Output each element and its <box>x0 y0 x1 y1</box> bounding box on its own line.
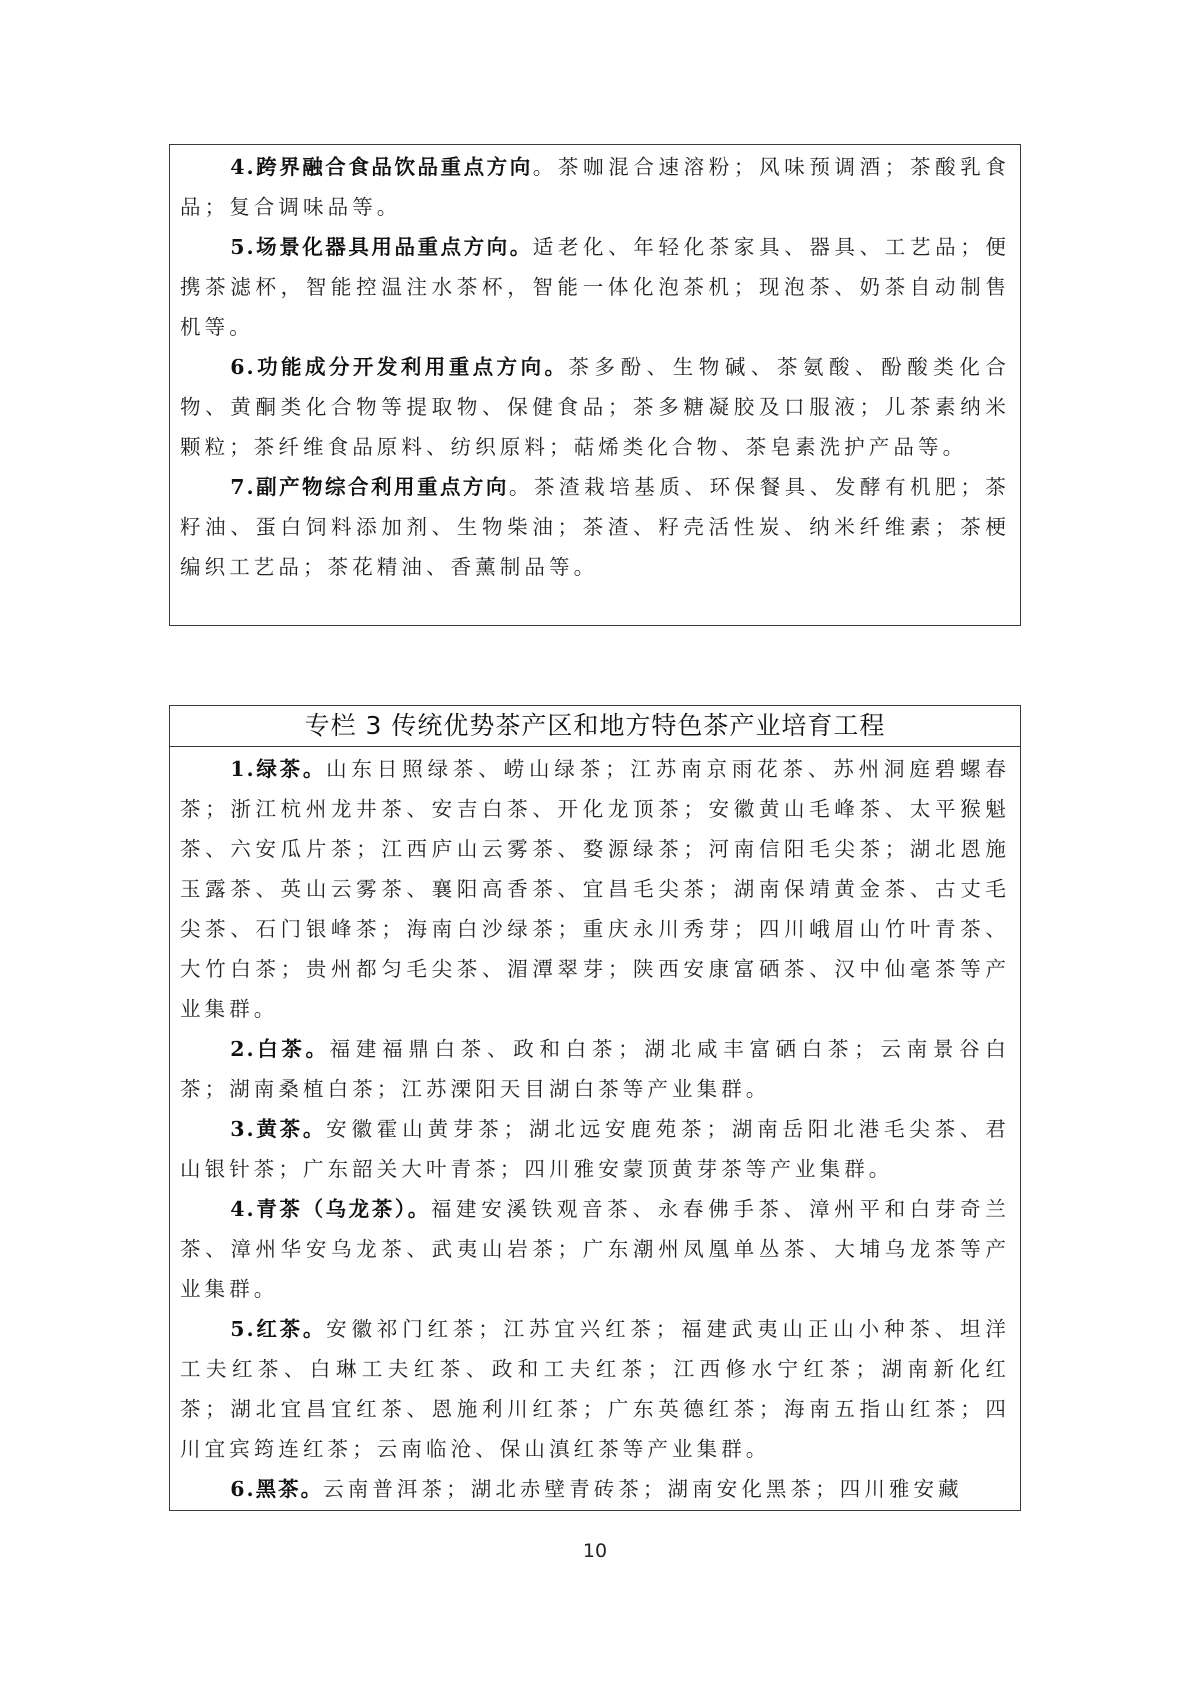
page-number: 10 <box>0 1540 1190 1562</box>
paragraph-white-tea: 2.白茶。福建福鼎白茶、政和白茶；湖北咸丰富硒白茶；云南景谷白茶；湖南桑植白茶；… <box>180 1029 1010 1109</box>
paragraph-green-tea: 1.绿茶。山东日照绿茶、崂山绿茶；江苏南京雨花茶、苏州洞庭碧螺春茶；浙江杭州龙井… <box>180 749 1010 1029</box>
item-heading: 6.功能成分开发利用重点方向。 <box>230 355 568 379</box>
paragraph-item-6: 6.功能成分开发利用重点方向。茶多酚、生物碱、茶氨酸、酚酸类化合物、黄酮类化合物… <box>180 347 1010 467</box>
item-heading: 7.副产物综合利用重点方向 <box>230 475 509 499</box>
paragraph-item-4: 4.跨界融合食品饮品重点方向。茶咖混合速溶粉；风味预调酒；茶酸乳食品；复合调味品… <box>180 147 1010 227</box>
item-heading: 6.黑茶。 <box>230 1477 323 1501</box>
box-content: 1.绿茶。山东日照绿茶、崂山绿茶；江苏南京雨花茶、苏州洞庭碧螺春茶；浙江杭州龙井… <box>170 747 1020 1509</box>
paragraph-oolong-tea: 4.青茶（乌龙茶）。福建安溪铁观音茶、永春佛手茶、漳州平和白芽奇兰茶、漳州华安乌… <box>180 1189 1010 1309</box>
paragraph-dark-tea: 6.黑茶。云南普洱茶；湖北赤壁青砖茶；湖南安化黑茶；四川雅安藏 <box>180 1469 1010 1509</box>
column-3-box: 专栏 3 传统优势茶产区和地方特色茶产业培育工程 1.绿茶。山东日照绿茶、崂山绿… <box>169 705 1021 1511</box>
paragraph-item-7: 7.副产物综合利用重点方向。茶渣栽培基质、环保餐具、发酵有机肥；茶籽油、蛋白饲料… <box>180 467 1010 587</box>
paragraph-item-5: 5.场景化器具用品重点方向。适老化、年轻化茶家具、器具、工艺品；便携茶滤杯，智能… <box>180 227 1010 347</box>
box-content: 4.跨界融合食品饮品重点方向。茶咖混合速溶粉；风味预调酒；茶酸乳食品；复合调味品… <box>170 145 1020 587</box>
item-body: 云南普洱茶；湖北赤壁青砖茶；湖南安化黑茶；四川雅安藏 <box>323 1477 963 1501</box>
item-heading: 4.跨界融合食品饮品重点方向 <box>230 155 533 179</box>
box-title: 专栏 3 传统优势茶产区和地方特色茶产业培育工程 <box>170 706 1020 747</box>
paragraph-black-tea: 5.红茶。安徽祁门红茶；江苏宜兴红茶；福建武夷山正山小种茶、坦洋工夫红茶、白琳工… <box>180 1309 1010 1469</box>
item-heading: 5.红茶。 <box>230 1317 326 1341</box>
item-heading: 4.青茶（乌龙茶）。 <box>230 1197 431 1221</box>
paragraph-yellow-tea: 3.黄茶。安徽霍山黄芽茶；湖北远安鹿苑茶；湖南岳阳北港毛尖茶、君山银针茶；广东韶… <box>180 1109 1010 1189</box>
focus-directions-box: 4.跨界融合食品饮品重点方向。茶咖混合速溶粉；风味预调酒；茶酸乳食品；复合调味品… <box>169 144 1021 626</box>
item-heading: 3.黄茶。 <box>230 1117 326 1141</box>
item-heading: 5.场景化器具用品重点方向。 <box>230 235 533 259</box>
item-heading: 1.绿茶。 <box>230 757 326 781</box>
item-heading: 2.白茶。 <box>230 1037 329 1061</box>
item-body: 山东日照绿茶、崂山绿茶；江苏南京雨花茶、苏州洞庭碧螺春茶；浙江杭州龙井茶、安吉白… <box>180 757 1010 1021</box>
